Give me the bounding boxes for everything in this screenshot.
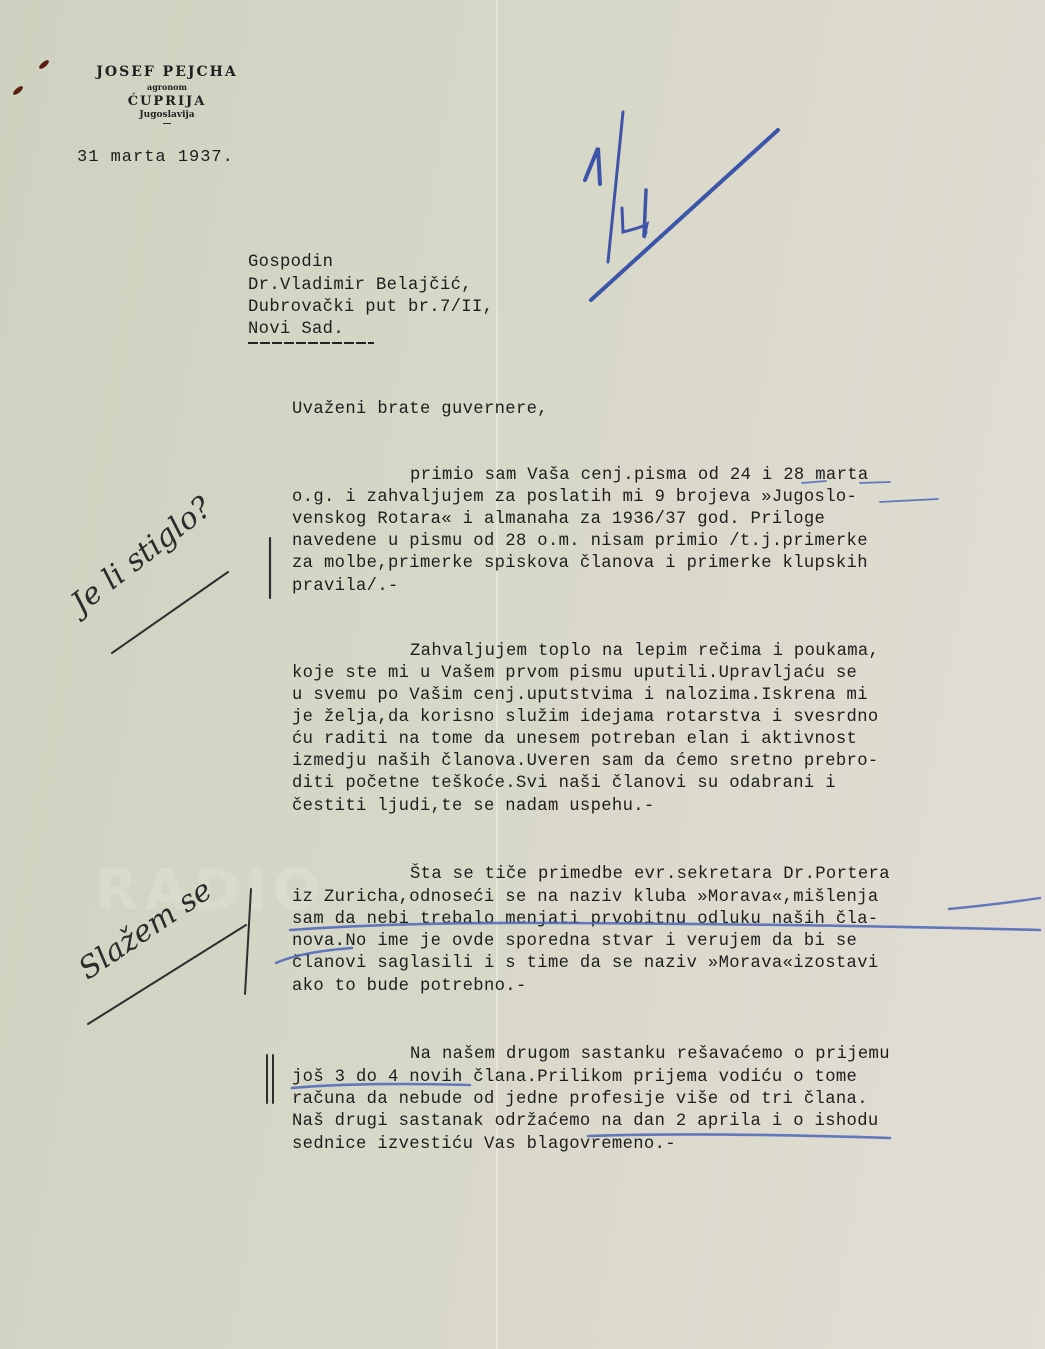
- text-line: iz Zuricha,odnoseći se na naziv kluba »M…: [292, 889, 879, 906]
- address-line: Gospodin: [248, 254, 333, 271]
- text-line: Na našem drugom sastanku rešavaćemo o pr…: [410, 1046, 890, 1063]
- address-line: Dubrovački put br.7/II,: [248, 299, 493, 316]
- address-underline: [248, 342, 374, 344]
- text-line: o.g. i zahvaljujem za poslatih mi 9 broj…: [292, 489, 857, 506]
- sender-city: ĆUPRIJA: [72, 94, 262, 109]
- address-line: Dr.Vladimir Belajčić,: [248, 277, 472, 294]
- text-line: sednice izvestiću Vas blagovremeno.-: [292, 1136, 676, 1153]
- text-line: ako to bude potrebno.-: [292, 978, 527, 995]
- sender-profession: agronom: [72, 82, 262, 92]
- blue-mark-icon: [585, 112, 778, 300]
- text-line: čestiti ljudi,te se nadam uspehu.-: [292, 798, 655, 815]
- text-line: je želja,da korisno služim idejama rotar…: [292, 709, 879, 726]
- text-line: Zahvaljujem toplo na lepim rečima i pouk…: [410, 643, 879, 660]
- text-line: za molbe,primerke spiskova članova i pri…: [292, 555, 868, 572]
- ink-stain: [38, 59, 50, 71]
- text-line: članovi saglasili i s time da se naziv »…: [292, 955, 879, 972]
- text-line: pravila/.-: [292, 578, 399, 595]
- text-line: sam da nebi trebalo menjati prvobitnu od…: [292, 911, 879, 928]
- salutation: Uvaženi brate guvernere,: [292, 401, 548, 418]
- text-line: u svemu po Vašim cenj.uputstvima i naloz…: [292, 687, 868, 704]
- letterhead: JOSEF PEJCHA agronom ĆUPRIJA Jugoslavija: [72, 64, 262, 124]
- sender-country: Jugoslavija: [72, 110, 262, 120]
- text-line: Šta se tiče primedbe evr.sekretara Dr.Po…: [410, 866, 890, 883]
- text-line: izmedju naših članova.Uveren sam da ćemo…: [292, 753, 879, 770]
- sender-name: JOSEF PEJCHA: [72, 64, 262, 80]
- text-line: koje ste mi u Vašem prvom pismu uputili.…: [292, 665, 857, 682]
- text-line: nova.No ime je ovde sporedna stvar i ver…: [292, 933, 857, 950]
- margin-note-1: Je li stiglo?: [64, 490, 218, 621]
- address-line: Novi Sad.: [248, 321, 344, 338]
- letter-date: 31 marta 1937.: [77, 148, 234, 167]
- text-line: ću raditi na tome da unesem potreban ela…: [292, 731, 857, 748]
- ink-stain: [12, 85, 24, 97]
- text-line: navedene u pismu od 28 o.m. nisam primio…: [292, 533, 868, 550]
- text-line: Naš drugi sastanak održaćemo na dan 2 ap…: [292, 1113, 879, 1130]
- text-line: računa da nebude od jedne profesije više…: [292, 1091, 868, 1108]
- pencil-marks: [88, 538, 273, 1103]
- text-line: primio sam Vaša cenj.pisma od 24 i 28 ma…: [410, 467, 869, 484]
- text-line: venskog Rotara« i almanaha za 1936/37 go…: [292, 511, 825, 528]
- letterhead-rule: [163, 123, 171, 124]
- text-line: diti početne teškoće.Svi naši članovi su…: [292, 775, 836, 792]
- text-line: još 3 do 4 novih člana.Prilikom prijema …: [292, 1069, 857, 1086]
